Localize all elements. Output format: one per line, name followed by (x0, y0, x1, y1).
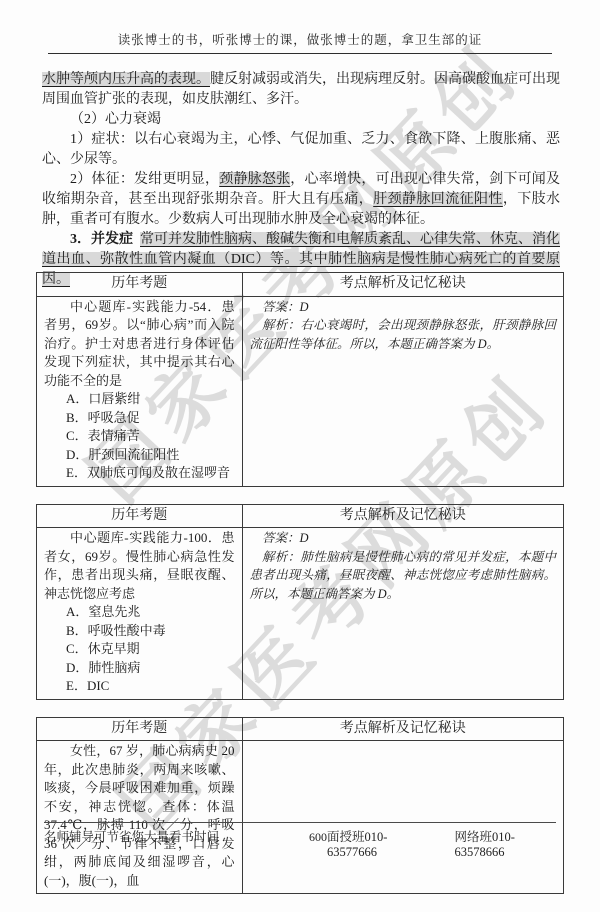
exam-table-3: 历年考题 考点解析及记忆秘诀 女性，67 岁，肺心病病史 20 年，此次患肺炎，… (36, 717, 564, 895)
question-text: 女性，67 岁，肺心病病史 20 年，此次患肺炎，两周来咳嗽、咳痰，今晨呼吸困难… (44, 742, 235, 890)
body-content: 水肿等颅内压升高的表现。腱反射减弱或消失，出现病理反射。因高碳酸血症可出现周围血… (42, 70, 560, 290)
highlight-phrase: 颈静脉怒张 (219, 172, 290, 187)
table-row: 女性，67 岁，肺心病病史 20 年，此次患肺炎，两周来咳嗽、咳痰，今晨呼吸困难… (37, 741, 564, 894)
option-item: A．口唇紫绀 (44, 390, 235, 409)
column-header-questions: 历年考题 (37, 717, 243, 741)
exam-table-2: 历年考题 考点解析及记忆秘诀 中心题库-实践能力-100．患者女，69岁。慢性肺… (36, 504, 564, 700)
option-item: B．呼吸急促 (44, 409, 235, 428)
paragraph-heart-failure-title: （2）心力衰竭 (42, 110, 560, 130)
answer-text: 答案：D (250, 529, 556, 548)
analysis-text: 解析：右心衰竭时，会出现颈静脉怒张，肝颈静脉回流征阳性等体征。所以，本题正确答案… (250, 316, 556, 353)
contact-phone-online: 网络班010-63578666 (455, 827, 556, 860)
exam-table-1: 历年考题 考点解析及记忆秘诀 中心题库-实践能力-54．患者男，69岁。以“肺心… (36, 272, 564, 487)
footer-note: 名师辅导可节省您大量看书时间 (44, 827, 219, 845)
option-item: B．呼吸性酸中毒 (44, 622, 235, 641)
question-cell: 中心题库-实践能力-100．患者女，69岁。慢性肺心病急性发作，患者出现头痛，昼… (37, 528, 243, 700)
option-item: D．肝颈回流征阳性 (44, 446, 235, 465)
highlight-phrase: 水肿等颅内压升高的表现。 (42, 72, 210, 87)
question-text: 中心题库-实践能力-54．患者男，69岁。以“肺心病”而入院治疗。护士对患者进行… (44, 298, 235, 391)
table-row: 中心题库-实践能力-54．患者男，69岁。以“肺心病”而入院治疗。护士对患者进行… (37, 296, 564, 486)
column-header-questions: 历年考题 (37, 273, 243, 297)
page-number: 600 (309, 830, 327, 845)
column-header-analysis: 考点解析及记忆秘诀 (242, 273, 563, 297)
table-header-row: 历年考题 考点解析及记忆秘诀 (37, 273, 564, 297)
header-slogan: 读张博士的书，听张博士的课，做张博士的题，拿卫生部的证 (48, 30, 552, 48)
table-header-row: 历年考题 考点解析及记忆秘诀 (37, 504, 564, 528)
option-item: E．双肺底可闻及散在湿啰音 (44, 464, 235, 483)
question-cell: 中心题库-实践能力-54．患者男，69岁。以“肺心病”而入院治疗。护士对患者进行… (37, 296, 243, 486)
header-rule (48, 53, 552, 54)
analysis-cell: 答案：D 解析：右心衰竭时，会出现颈静脉怒张，肝颈静脉回流征阳性等体征。所以，本… (242, 296, 563, 486)
answer-text: 答案：D (250, 298, 556, 317)
complications-label: 3．并发症 (70, 232, 133, 247)
page-footer: 名师辅导可节省您大量看书时间 600 面授班010-63577666 网络班01… (44, 822, 556, 860)
paragraph-signs: 2）体征：发绀更明显，颈静脉怒张，心率增快，可出现心律失常，剑下可闻及收缩期杂音… (42, 170, 560, 230)
option-item: C．休克早期 (44, 640, 235, 659)
table-row: 中心题库-实践能力-100．患者女，69岁。慢性肺心病急性发作，患者出现头痛，昼… (37, 528, 564, 700)
footer-rule (44, 822, 556, 823)
tables-area: 历年考题 考点解析及记忆秘诀 中心题库-实践能力-54．患者男，69岁。以“肺心… (36, 272, 564, 894)
option-item: E．DIC (44, 677, 235, 696)
column-header-analysis: 考点解析及记忆秘诀 (242, 717, 563, 741)
paragraph-edema: 水肿等颅内压升高的表现。腱反射减弱或消失，出现病理反射。因高碳酸血症可出现周围血… (42, 70, 560, 110)
question-text: 中心题库-实践能力-100．患者女，69岁。慢性肺心病急性发作，患者出现头痛，昼… (44, 529, 235, 603)
question-cell: 女性，67 岁，肺心病病史 20 年，此次患肺炎，两周来咳嗽、咳痰，今晨呼吸困难… (37, 741, 243, 894)
option-item: A．窒息先兆 (44, 603, 235, 622)
column-header-questions: 历年考题 (37, 504, 243, 528)
contact-phone-onsite: 面授班010-63577666 (327, 827, 428, 860)
highlight-phrase: 肝颈静脉回流征阳性 (373, 192, 503, 207)
option-item: D．肺性脑病 (44, 659, 235, 678)
column-header-analysis: 考点解析及记忆秘诀 (242, 504, 563, 528)
analysis-cell (242, 741, 563, 894)
document-page: 国家医考网原创 国家医考网原创 读张博士的书，听张博士的课，做张博士的题，拿卫生… (0, 0, 600, 912)
analysis-text: 解析：肺性脑病是慢性肺心病的常见并发症，本题中患者出现头痛，昼眠夜醒、神志恍惚应… (250, 548, 556, 604)
table-header-row: 历年考题 考点解析及记忆秘诀 (37, 717, 564, 741)
paragraph-text: 2）体征：发绀更明显， (70, 172, 219, 187)
analysis-cell: 答案：D 解析：肺性脑病是慢性肺心病的常见并发症，本题中患者出现头痛，昼眠夜醒、… (242, 528, 563, 700)
page-header: 读张博士的书，听张博士的课，做张博士的题，拿卫生部的证 (48, 30, 552, 54)
option-item: C．表情痛苦 (44, 427, 235, 446)
paragraph-symptoms: 1）症状：以右心衰竭为主，心悸、气促加重、乏力、食欲下降、上腹胀痛、恶心、少尿等… (42, 130, 560, 170)
